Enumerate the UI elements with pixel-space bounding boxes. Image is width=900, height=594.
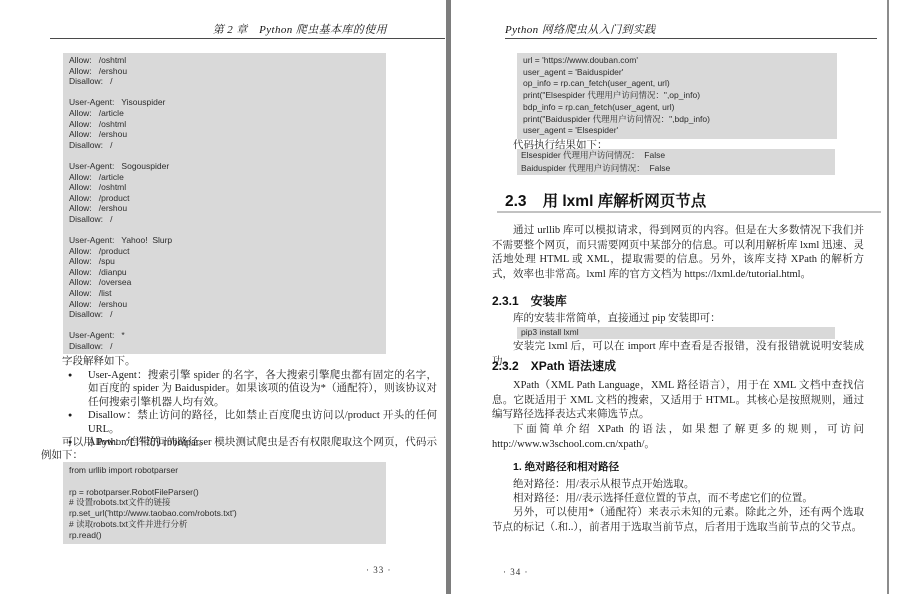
wildcard-paragraph: 另外，可以使用*（通配符）来表示未知的元素。除此之外，还有两个选取节点的标记（.… — [492, 506, 864, 535]
robotparser-paragraph: 可以用 Python 自带的 robotparser 模块测试爬虫是否有权限爬取… — [41, 436, 437, 463]
xpath-paragraph-2: 下面简单介绍 XPath 的语法，如果想了解更多的规则，可访问 http://w… — [492, 423, 864, 452]
code-line — [69, 320, 386, 331]
result-line: Baiduspider 代理用户访问情况： False — [521, 162, 835, 175]
code-line: # 设置robots.txt文件的链接 — [69, 497, 386, 508]
code-line: Allow: /oshtml — [69, 119, 386, 130]
absolute-path-line: 绝对路径：用/表示从根节点开始选取。 — [492, 478, 864, 493]
code-line: rp = robotparser.RobotFileParser() — [69, 487, 386, 498]
code-line: Allow: /product — [69, 246, 386, 257]
code-line: rp.set_url('http://www.taobao.com/robots… — [69, 508, 386, 519]
code-line: user_agent = 'Elsespider' — [523, 125, 837, 137]
numbered-sub-heading-1: 1. 绝对路径和相对路径 — [513, 459, 619, 474]
exec-result-block: Elsespider 代理用户访问情况： FalseBaiduspider 代理… — [517, 149, 835, 175]
code-line: Allow: /ershou — [69, 203, 386, 214]
section-heading-2-3: 2.3用 lxml 库解析网页节点 — [505, 189, 706, 211]
code-line: bdp_info = rp.can_fetch(user_agent, url) — [523, 102, 837, 114]
result-line: Elsespider 代理用户访问情况： False — [521, 149, 835, 162]
lxml-intro-paragraph: 通过 urllib 库可以模拟请求，得到网页的内容。但是在大多数情况下我们并不需… — [492, 224, 864, 282]
subsection-title: 安装库 — [531, 294, 567, 308]
code-line: # 读取robots.txt文件并进行分析 — [69, 519, 386, 530]
code-line: Allow: /list — [69, 288, 386, 299]
code-line: print("Elsespider 代理用户访问情况：",op_info) — [523, 90, 837, 102]
code-line: Allow: /oversea — [69, 277, 386, 288]
relative-path-line: 相对路径：用//表示选择任意位置的节点，而不考虑它们的位置。 — [492, 492, 864, 507]
section-heading-rule — [497, 211, 881, 213]
right-page-number: · 34 · — [503, 567, 529, 577]
bullet-item: Disallow：禁止访问的路径，比如禁止百度爬虫访问以/product 开头的… — [41, 409, 437, 436]
book-spread: 第 2 章 Python 爬虫基本库的使用 Allow: /oshtmlAllo… — [0, 0, 900, 594]
code-line: Allow: /product — [69, 193, 386, 204]
code-line: Disallow: / — [69, 309, 386, 320]
bullet-item: User-Agent：搜索引擎 spider 的名字，各大搜索引擎爬虫都有固定的… — [41, 369, 437, 409]
code-line: Allow: /article — [69, 108, 386, 119]
code-line: op_info = rp.can_fetch(user_agent, url) — [523, 78, 837, 90]
code-line — [69, 150, 386, 161]
robots-txt-code-block: Allow: /oshtmlAllow: /ershouDisallow: / … — [63, 53, 386, 354]
subsection-number: 2.3.1 — [492, 294, 519, 308]
robotparser-code-block: from urllib import robotparser rp = robo… — [63, 462, 386, 544]
code-line: print("Baiduspider 代理用户访问情况：",bdp_info) — [523, 114, 837, 126]
code-line: rp.read() — [69, 530, 386, 541]
page-right: Python 网络爬虫从入门到实践 url = 'https://www.dou… — [451, 0, 888, 594]
subsection-heading-2-3-2: 2.3.2XPath 语法速成 — [492, 357, 616, 374]
code-line: User-Agent: Yahoo! Slurp — [69, 235, 386, 246]
subsection-title: XPath 语法速成 — [531, 359, 616, 373]
left-running-header: 第 2 章 Python 爬虫基本库的使用 — [213, 21, 387, 37]
code-line: Disallow: / — [69, 140, 386, 151]
code-line: Allow: /dianpu — [69, 267, 386, 278]
pip-install-command: pip3 install lxml — [517, 327, 835, 339]
code-line: User-Agent: * — [69, 330, 386, 341]
code-line: Allow: /article — [69, 172, 386, 183]
code-line: Allow: /oshtml — [69, 55, 386, 66]
subsection-number: 2.3.2 — [492, 359, 519, 373]
code-line — [69, 87, 386, 98]
code-line: User-Agent: Yisouspider — [69, 97, 386, 108]
code-line: Allow: /oshtml — [69, 182, 386, 193]
code-line: from urllib import robotparser — [69, 465, 386, 476]
code-line — [69, 476, 386, 487]
code-line: url = 'https://www.douban.com' — [523, 55, 837, 67]
section-number: 2.3 — [505, 193, 527, 210]
right-header-rule — [505, 38, 877, 39]
code-line: user_agent = 'Baiduspider' — [523, 67, 837, 79]
xpath-paragraph-1: XPath（XML Path Language，XML 路径语言），用于在 XM… — [492, 379, 864, 423]
fields-explain-intro: 字段解释如下。 — [41, 355, 437, 368]
code-line: Allow: /ershou — [69, 299, 386, 310]
left-header-rule — [50, 38, 445, 39]
code-line: Disallow: / — [69, 341, 386, 352]
left-page-number: · 33 · — [366, 565, 392, 575]
install-intro-line: 库的安装非常简单，直接通过 pip 安装即可： — [492, 312, 864, 327]
code-line: Allow: /ershou — [69, 129, 386, 140]
code-line: Disallow: / — [69, 214, 386, 225]
code-line: Disallow: / — [69, 76, 386, 87]
right-running-header: Python 网络爬虫从入门到实践 — [505, 21, 656, 37]
code-line: User-Agent: Sogouspider — [69, 161, 386, 172]
code-line: Allow: /ershou — [69, 66, 386, 77]
page-edge-line — [887, 0, 889, 594]
code-line: Allow: /spu — [69, 256, 386, 267]
code-line — [69, 225, 386, 236]
code-line: pip3 install lxml — [521, 327, 579, 337]
can-fetch-code-block: url = 'https://www.douban.com'user_agent… — [517, 53, 837, 139]
page-left: 第 2 章 Python 爬虫基本库的使用 Allow: /oshtmlAllo… — [0, 0, 447, 594]
subsection-heading-2-3-1: 2.3.1安装库 — [492, 292, 567, 309]
section-title: 用 lxml 库解析网页节点 — [543, 193, 707, 210]
